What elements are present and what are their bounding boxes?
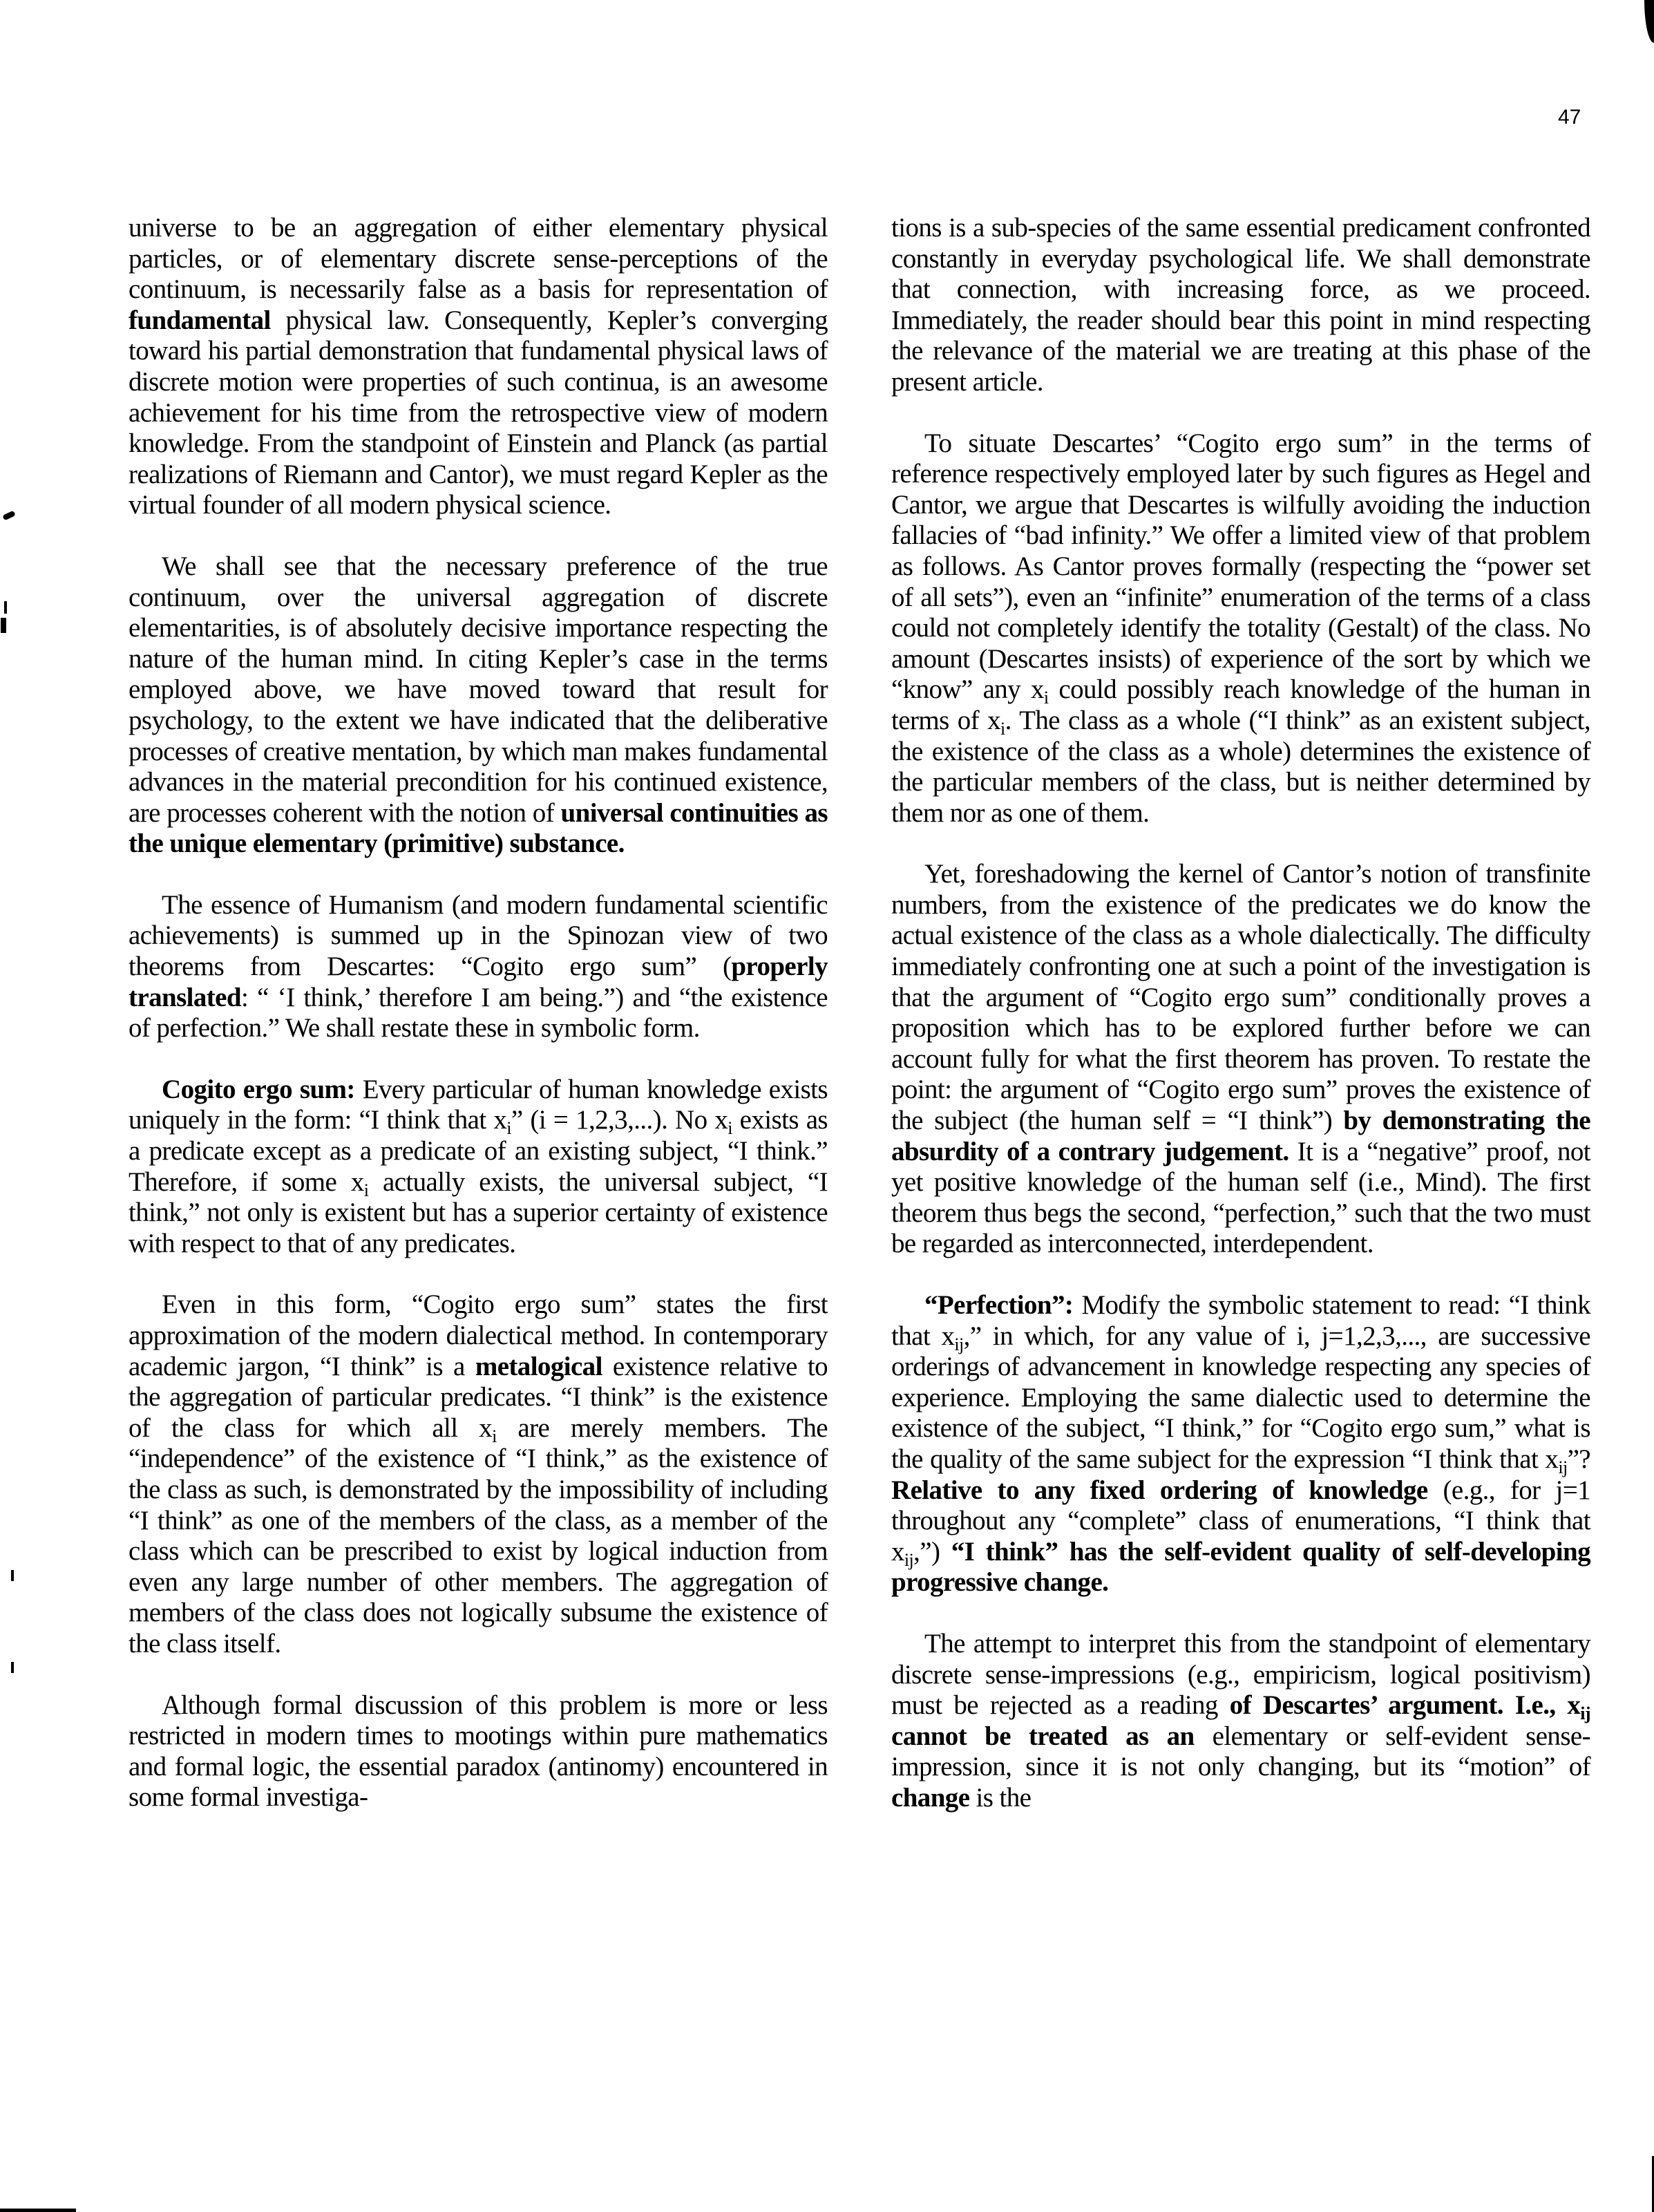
paragraph: The attempt to interpret this from the s…: [891, 1629, 1590, 1814]
paragraph: The essence of Humanism (and modern fund…: [129, 890, 828, 1044]
bold-emphasis: Relative to any fixed ordering of knowle…: [891, 1475, 1428, 1505]
paragraph: universe to be an aggregation of either …: [129, 213, 828, 521]
margin-exclamation-smudge-mark: [4, 601, 7, 614]
paragraph: Yet, foreshadowing the kernel of Cantor’…: [891, 859, 1590, 1260]
text-run: universe to be an aggregation of either …: [129, 213, 828, 304]
paragraph: Although formal discussion of this probl…: [129, 1690, 828, 1813]
right-column: tions is a sub-species of the same essen…: [891, 213, 1590, 1814]
text-run: is the: [969, 1783, 1031, 1813]
bottom-edge-scan-artifact: [0, 2209, 76, 2212]
paragraph: We shall see that the necessary preferen…: [129, 551, 828, 860]
paragraph: Even in this form, “Cogito ergo sum” sta…: [129, 1289, 828, 1659]
paragraph: To situate Descartes’ “Cogito ergo sum” …: [891, 428, 1590, 829]
text-run: Although formal discussion of this probl…: [129, 1690, 828, 1813]
margin-tick-mark: [11, 1662, 14, 1673]
paragraph: Cogito ergo sum: Every particular of hum…: [129, 1075, 828, 1260]
text-run: Yet, foreshadowing the kernel of Cantor’…: [891, 859, 1590, 1135]
bold-emphasis: of Descartes’ argument. I.e., x: [1230, 1690, 1581, 1720]
bold-emphasis: fundamental: [129, 305, 271, 335]
bold-emphasis: metalogical: [475, 1352, 602, 1381]
text-run: ” (i = 1,2,3,...). No x: [511, 1105, 728, 1135]
left-column: universe to be an aggregation of either …: [129, 213, 828, 1813]
bold-emphasis: “Perfection”:: [924, 1290, 1073, 1320]
margin-smudge-mark: [2, 511, 16, 521]
text-run: The essence of Humanism (and modern fund…: [129, 890, 828, 981]
margin-tick-mark: [11, 1570, 14, 1581]
paragraph: tions is a sub-species of the same essen…: [891, 213, 1590, 398]
text-run: tions is a sub-species of the same essen…: [891, 213, 1590, 397]
text-run: To situate Descartes’ “Cogito ergo sum” …: [891, 428, 1590, 705]
text-run: ”?: [1568, 1444, 1590, 1474]
bold-emphasis: cannot be treated as an: [891, 1721, 1195, 1751]
text-run: ,” in which, for any value of i, j=1,2,3…: [891, 1321, 1590, 1474]
text-run: are merely members. The “independence” o…: [129, 1413, 828, 1658]
bold-emphasis: change: [891, 1783, 969, 1813]
page-number: 47: [1558, 105, 1581, 130]
text-run: ,”): [913, 1537, 951, 1567]
text-run: physical law. Consequently, Kepler’s con…: [129, 305, 828, 520]
page-corner-scan-artifact: [1644, 0, 1654, 43]
text-run: We shall see that the necessary preferen…: [129, 551, 828, 828]
bold-emphasis: “I think” has the self-evident quality o…: [891, 1537, 1590, 1598]
bold-emphasis: Cogito ergo sum:: [162, 1075, 355, 1104]
paragraph: “Perfection”: Modify the symbolic statem…: [891, 1290, 1590, 1598]
